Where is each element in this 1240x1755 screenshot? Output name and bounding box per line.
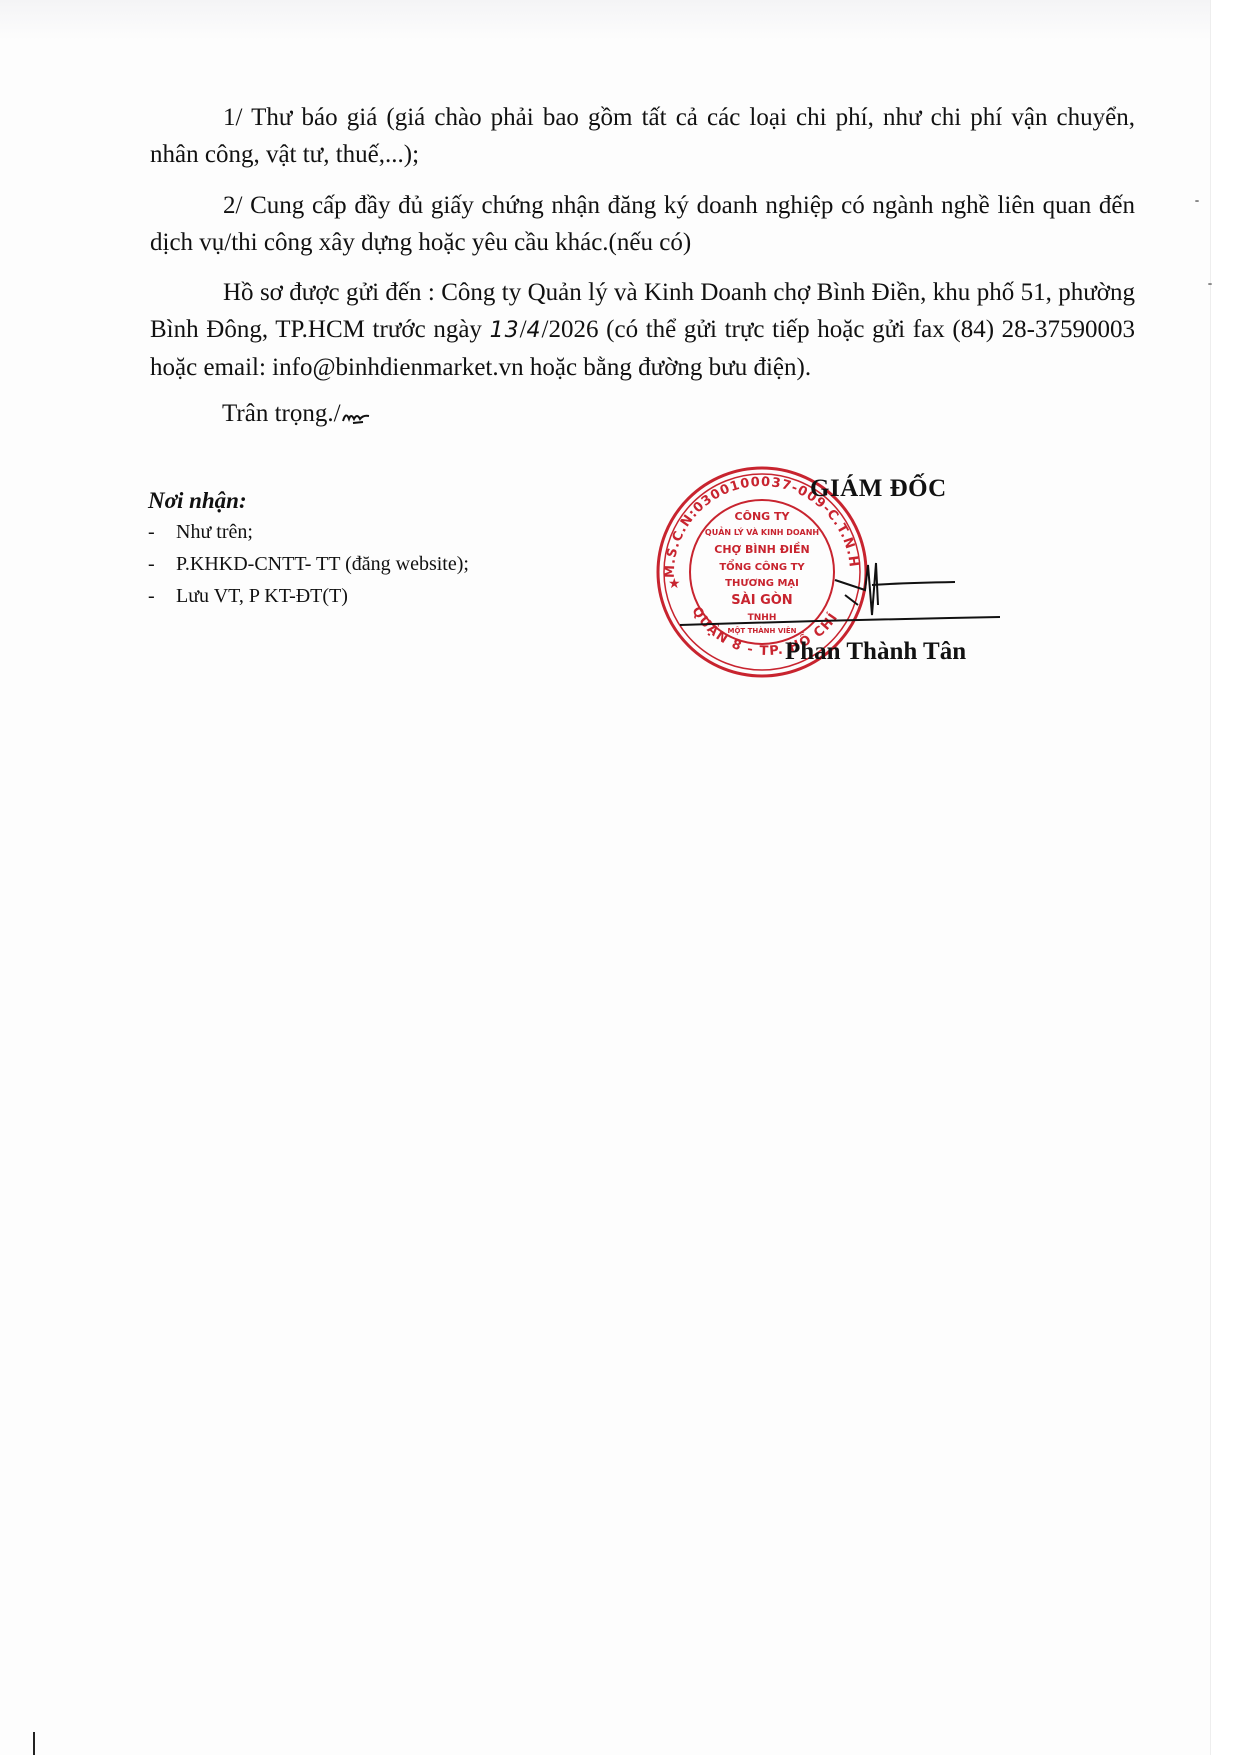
signature-block: M.S.C.N:0300100037-009-C.T.N.H.H QUẬN 8 … [640,455,1000,695]
recipients-title: Nơi nhận: [148,488,469,514]
recipient-item: P.KHKD-CNTT- TT (đăng website); [148,548,469,580]
deadline-month: 4 [527,318,542,343]
closing-text: Trân trọng./ [222,400,341,427]
scan-speck [1208,283,1212,285]
signer-name: Phan Thành Tân [785,638,966,666]
scan-shade [0,0,1210,40]
paragraph-text: 2/ Cung cấp đầy đủ giấy chứng nhận đăng … [150,192,1135,256]
paragraph-text: 1/ Thư báo giá (giá chào phải bao gồm tấ… [150,104,1135,168]
scan-edge-mark [33,1732,35,1755]
recipients-block: Nơi nhận: Như trên; P.KHKD-CNTT- TT (đăn… [148,488,469,612]
paragraph-quotation-letter: 1/ Thư báo giá (giá chào phải bao gồm tấ… [150,99,1135,173]
scan-speck [1100,117,1103,120]
recipients-list: Như trên; P.KHKD-CNTT- TT (đăng website)… [148,516,469,612]
deadline-year: 2026 [549,316,599,343]
recipient-item: Lưu VT, P KT-ĐT(T) [148,580,469,612]
document-page: 1/ Thư báo giá (giá chào phải bao gồm tấ… [0,0,1211,1755]
closing-salutation: Trân trọng./ [222,400,371,428]
initial-signature-icon [341,407,371,425]
paragraph-submission-info: Hồ sơ được gửi đến : Công ty Quản lý và … [150,274,1135,386]
scan-speck [1195,200,1199,202]
deadline-day: 13 [490,318,520,343]
recipient-item: Như trên; [148,516,469,548]
paragraph-business-registration: 2/ Cung cấp đầy đủ giấy chứng nhận đăng … [150,187,1135,261]
